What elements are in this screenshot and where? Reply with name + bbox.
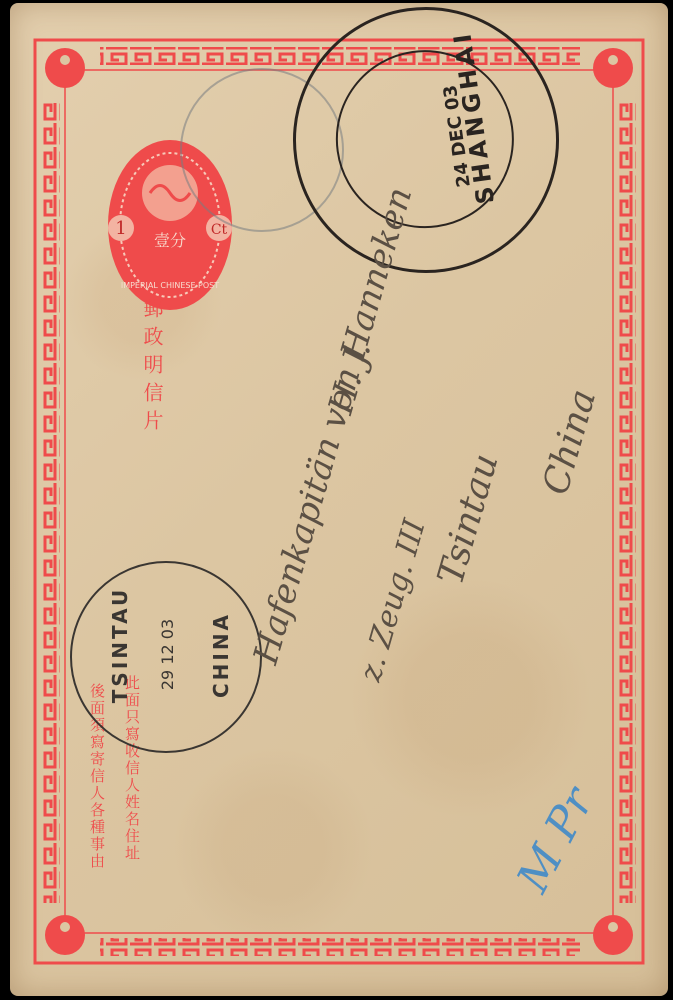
tsintau-postmark: TSINTAU CHINA 29 12 03 xyxy=(70,561,262,753)
card-title: 郵政明信片 xyxy=(138,298,167,438)
svg-text:Ct: Ct xyxy=(211,222,228,238)
svg-text:IMPERIAL CHINESE POST: IMPERIAL CHINESE POST xyxy=(121,281,219,290)
postcard: 1 Ct 壹分 IMPERIAL CHINESE POST 郵政明信片 此面只寫… xyxy=(10,3,668,996)
svg-text:1: 1 xyxy=(115,218,126,239)
svg-text:壹分: 壹分 xyxy=(154,231,186,250)
